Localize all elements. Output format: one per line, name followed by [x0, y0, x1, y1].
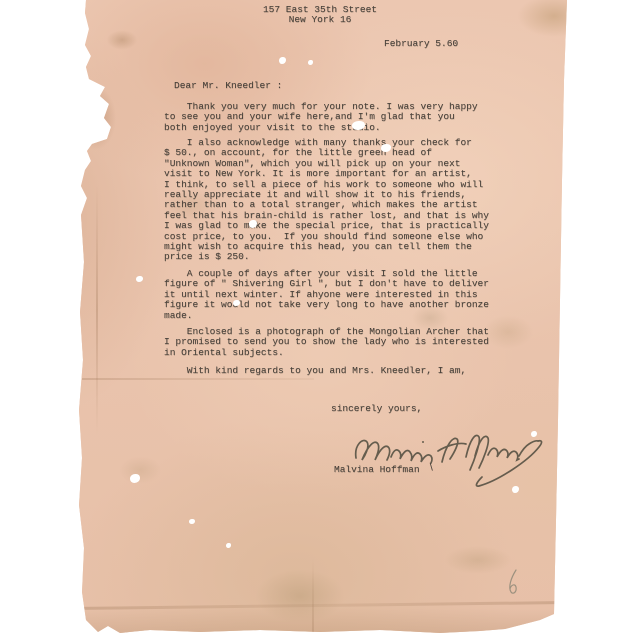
- closing: sincerely yours,: [331, 404, 422, 414]
- paper-hole: [189, 519, 195, 524]
- paper-crease: [82, 378, 314, 380]
- paper-hole: [226, 543, 231, 548]
- paper-crease: [312, 558, 314, 632]
- paragraph-3: A couple of days after your visit I sold…: [164, 269, 489, 321]
- pencil-mark: [504, 568, 524, 598]
- paper-hole: [279, 57, 286, 64]
- paper-hole: [308, 60, 313, 65]
- paper-crease: [80, 601, 558, 610]
- paragraph-2: I also acknowledge with many thanks your…: [164, 138, 489, 263]
- paragraph-4: Enclosed is a photograph of the Mongolia…: [164, 327, 489, 358]
- paper-hole: [130, 474, 140, 483]
- letter-paper: 157 East 35th StreetNew York 16 February…: [0, 0, 640, 640]
- typed-signature: Malvina Hoffman: [334, 465, 420, 475]
- paper-hole: [136, 276, 143, 282]
- handwritten-signature: [346, 427, 546, 499]
- address-line-2: New York 16: [289, 14, 352, 25]
- paper-crease: [96, 185, 98, 435]
- salutation: Dear Mr. Kneedler :: [174, 81, 282, 91]
- scanned-letter: 157 East 35th StreetNew York 16 February…: [0, 0, 640, 640]
- address-line-1: 157 East 35th Street: [263, 4, 377, 15]
- letterhead-address: 157 East 35th StreetNew York 16: [160, 5, 480, 26]
- letter-date: February 5.60: [384, 39, 458, 49]
- paragraph-5: With kind regards to you and Mrs. Kneedl…: [164, 366, 466, 376]
- paragraph-1: Thank you very much for your note. I was…: [164, 102, 478, 133]
